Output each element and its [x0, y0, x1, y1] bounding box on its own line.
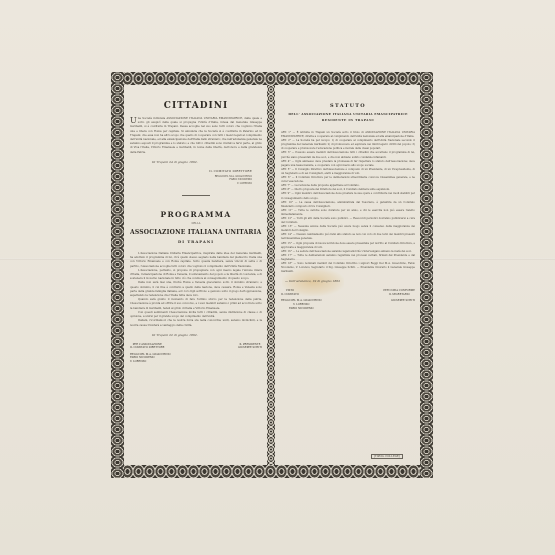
signatory: V. LORENZO — [130, 182, 252, 185]
section-divider-rule — [182, 195, 210, 196]
programma-della: DELLA — [130, 222, 262, 225]
programma-signatures: PER L'ASSOCIAZIONE IL COMITATO DIRETTORE… — [130, 343, 262, 350]
signatory: V. LORENZO — [130, 360, 171, 364]
ornamental-column-divider — [267, 85, 275, 465]
signature-name: GIUSEPPE SCHITI — [238, 346, 262, 350]
ornamental-border-left — [111, 72, 124, 478]
programma-paragraph: Italiani, ricordiamoci che la nostra for… — [130, 319, 262, 327]
statuto-signatures: VISTO IL COMITATO PER COPIA CONFORME IL … — [281, 289, 415, 296]
programma-paragraph: Italia non sarà mai una, finchè Roma e V… — [130, 281, 262, 298]
programma-paragraph: Quando sarà giunto il momento di fare l'… — [130, 298, 262, 311]
left-column: CITTADINI Una Società intitolata ASSOCIA… — [130, 85, 262, 465]
printer-tag: [TIPOG. COLLEGE] — [371, 454, 403, 459]
signatory: GIUSEPPE SCHITI — [391, 299, 415, 303]
programma-paragraph: L'Associazione Italiana Unitaria Emancip… — [130, 252, 262, 269]
signature-label: IL COMITATO — [281, 293, 299, 297]
programma-date-line: Di Trapani 22 di giugno 1862. — [152, 333, 262, 337]
signature-label: IL SEGRETARIO — [383, 293, 415, 297]
cittadini-title: CITTADINI — [130, 101, 262, 111]
ornamental-border-right — [420, 72, 433, 478]
article: ART. 12° — Tutti gli atti della Società … — [281, 217, 415, 225]
committee-title: IL COMITATO DIRETTORE — [130, 169, 252, 173]
statuto-subtitle-city: RESIDENTE IN TRAPANI — [281, 118, 415, 122]
programma-association-name: ASSOCIAZIONE ITALIANA UNITARIA EMANCIPAT… — [130, 229, 262, 236]
signature-label: IL COMITATO DIRETTORE — [130, 346, 165, 350]
statuto-subtitle: DELL' ASSOCIAZIONE ITALIANA UNITARIA EMA… — [281, 112, 415, 116]
article: ART. 13° — Nessuna azione della Società … — [281, 225, 415, 233]
fold-crease — [0, 258, 555, 260]
signatory: FABIO NICODEMO — [281, 307, 322, 311]
programma-title: PROGRAMMA — [130, 210, 262, 219]
statuto-date-line: — Dell'adunanza, 19 di giugno 1862 — [285, 279, 415, 283]
article: ART. 5° — Il Consiglio Direttivo dell'As… — [281, 168, 415, 176]
article: ART. 10° — La cassa dell'Associazione, a… — [281, 201, 415, 209]
article: ART. 2° — La Società ha per iscopo: 1) d… — [281, 139, 415, 151]
article: ART. 9° — Ogni membro dell'Associazione … — [281, 192, 415, 200]
article: ART. 15° — Ogni proposta di nuova iscriz… — [281, 242, 415, 250]
article: ART. 1° — È istituita in Trapani un Soci… — [281, 131, 415, 139]
intro-date-line: Di Trapani 24 di giugno 1862. — [152, 160, 262, 164]
article: ART. 11° — Tutte le cariche sono duratur… — [281, 209, 415, 217]
article: ART. 3° — Possono essere membri dell'Ass… — [281, 151, 415, 159]
article: ART. 6° — Il Comitato Direttore per le d… — [281, 176, 415, 184]
statuto-articles: ART. 1° — È istituita in Trapani un Soci… — [281, 131, 415, 274]
article: ART. 17° — Tutte le deliberazioni sarann… — [281, 254, 415, 262]
programma-paragraph: L'Associazione, pertanto, si propone di … — [130, 269, 262, 282]
right-column: STATUTO DELL' ASSOCIAZIONE ITALIANA UNIT… — [281, 85, 415, 465]
ornamental-border-bottom — [111, 465, 433, 478]
article: ART. 14° — Nessun cambiamento può farsi … — [281, 233, 415, 241]
article: ART. 4° — Ogni ammesso deve prestare la … — [281, 160, 415, 168]
programma-signatories: REGGI DEL M.A. GIOACCHINO FABIO NICODEMO… — [130, 353, 262, 364]
programma-city: DI TRAPANI — [130, 239, 262, 244]
intro-paragraph: Una Società intitolata ASSOCIAZIONE ITAL… — [130, 117, 262, 155]
article: ART. 18° — Sono nominati membri del Comi… — [281, 262, 415, 274]
statuto-title: STATUTO — [281, 103, 415, 109]
statuto-signatories: REGGI DEL M.A. GIOACCHINO V. LORENZO FAB… — [281, 299, 415, 310]
ornamental-border-top — [111, 72, 433, 85]
